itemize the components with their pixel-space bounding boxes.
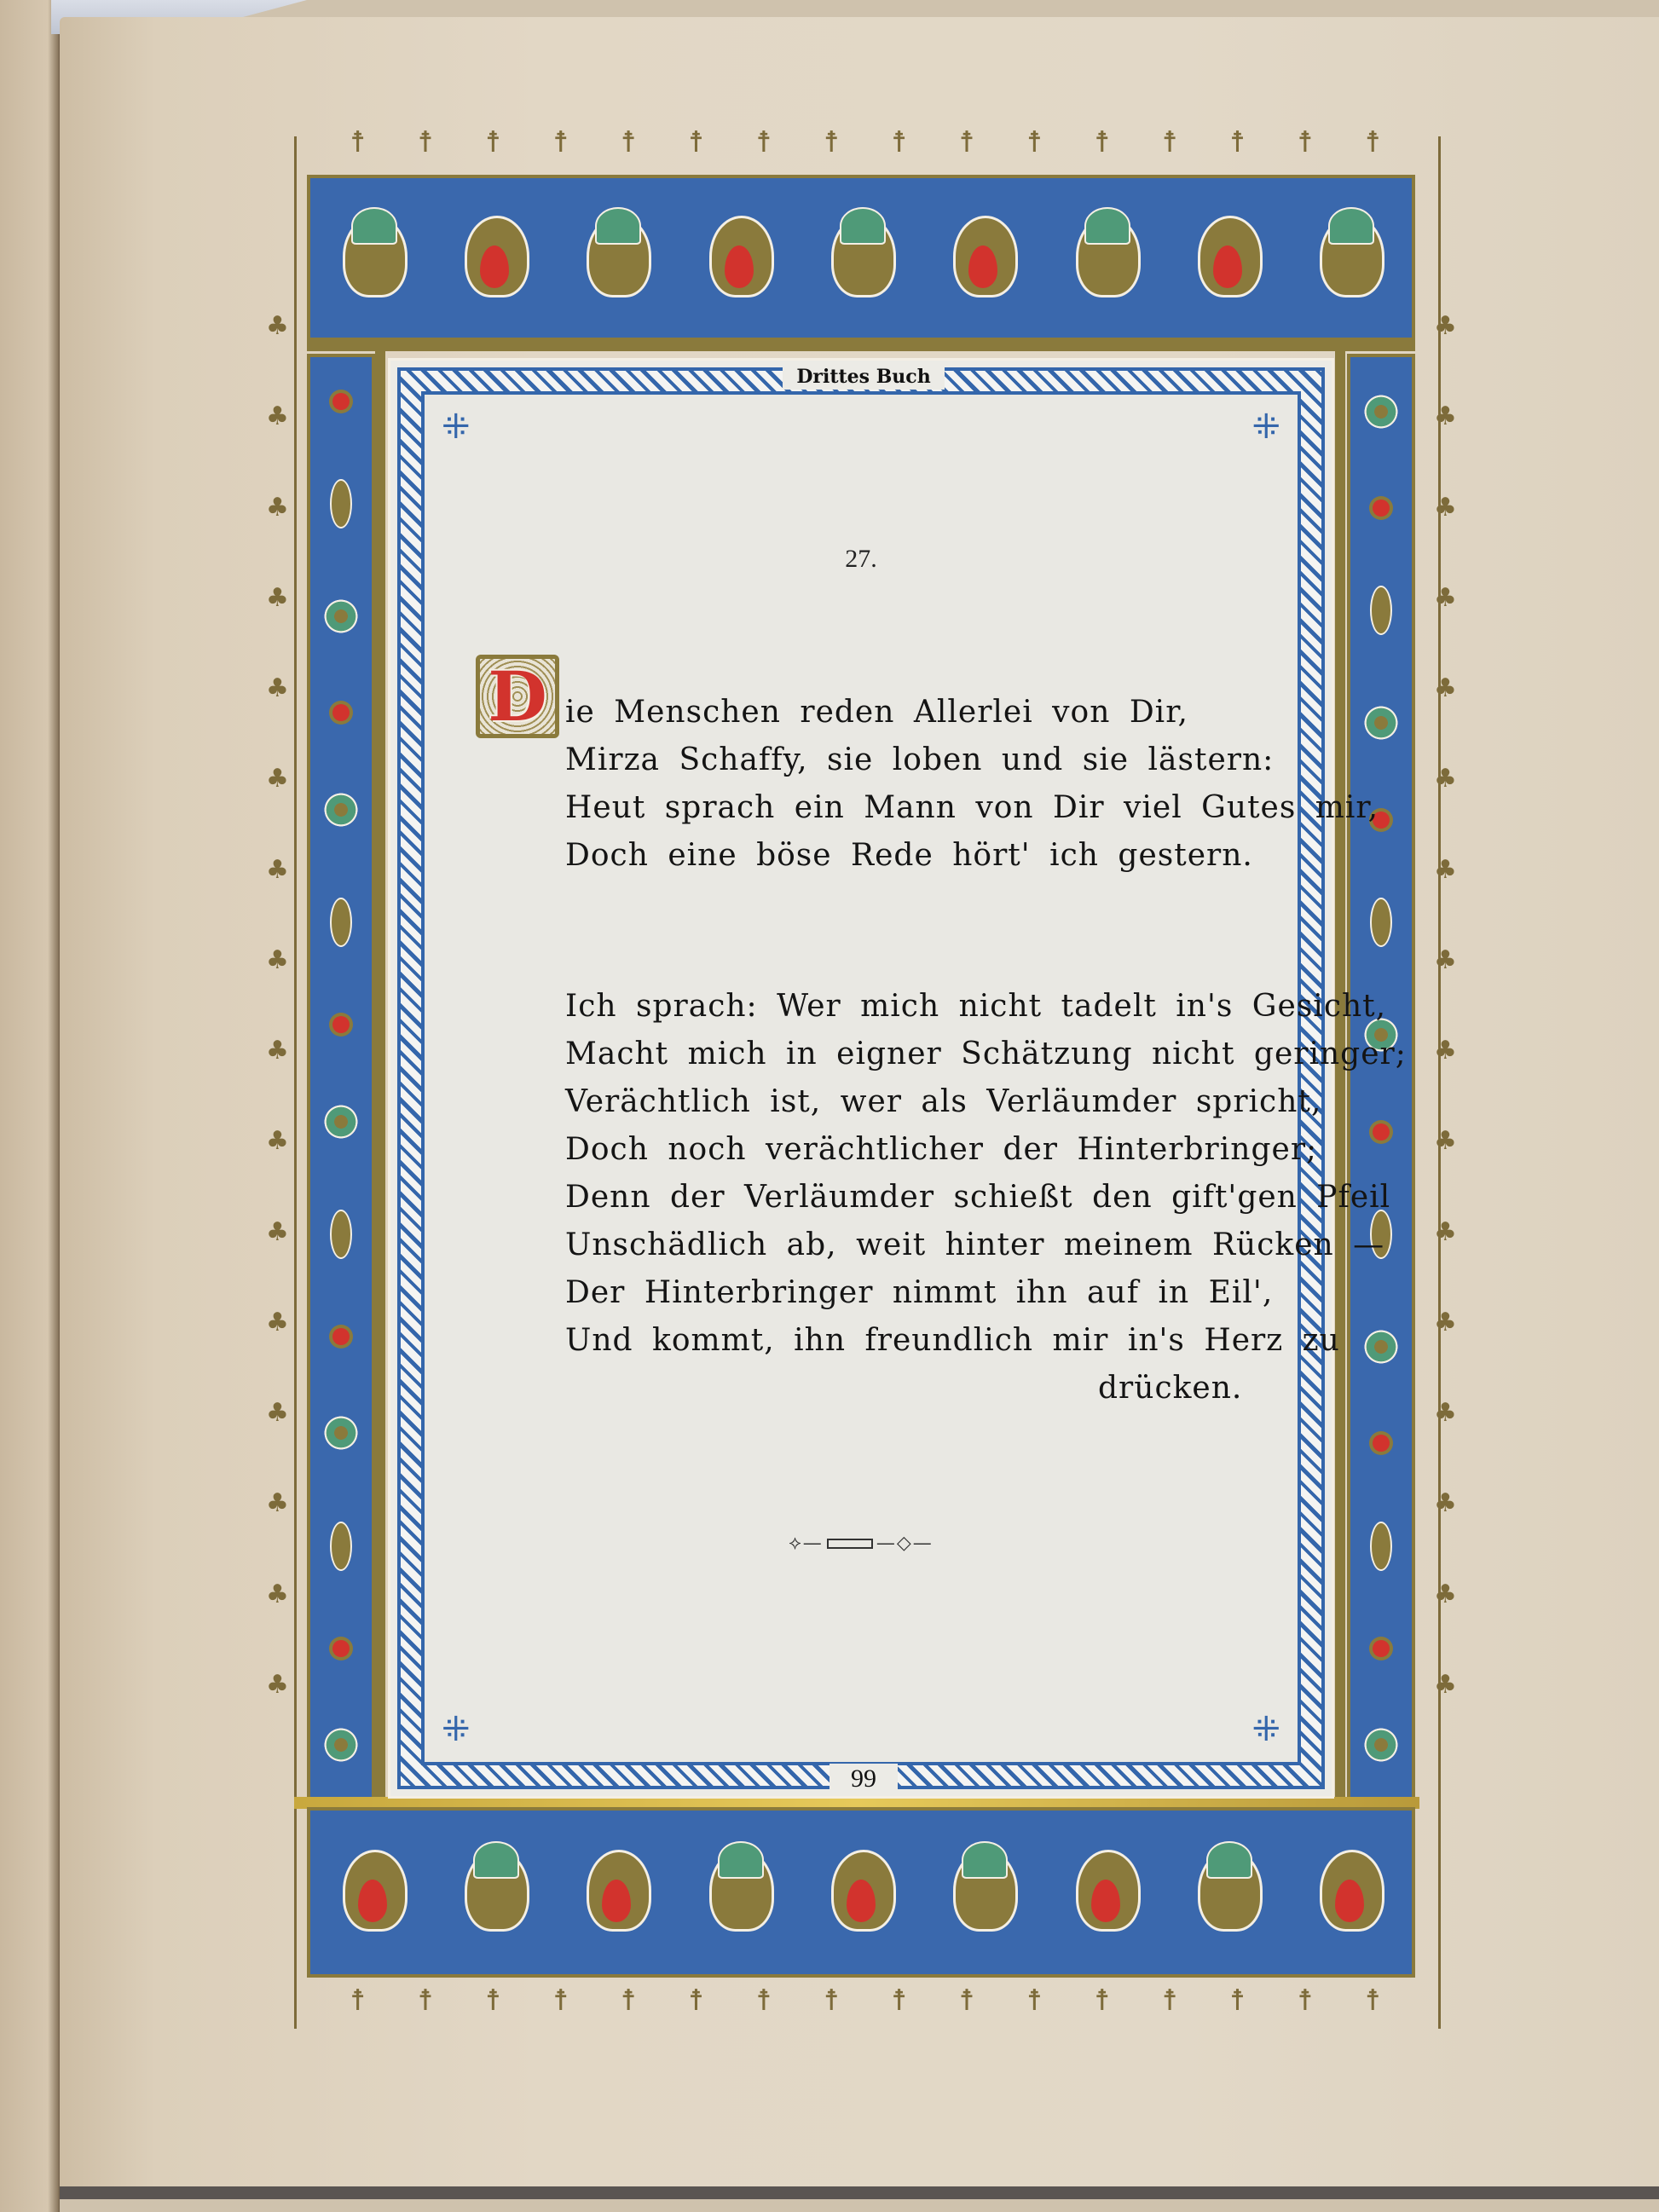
- arabesque-ornament: [692, 199, 786, 326]
- arabesque-ornament: [814, 1833, 908, 1961]
- flower: [322, 791, 360, 829]
- drop-cap-letter: D: [488, 662, 546, 731]
- flower: [322, 598, 360, 635]
- verse-line: Doch eine böse Rede hört' ich gestern.: [565, 832, 1379, 880]
- finial-icon: ☨: [1229, 1986, 1246, 2015]
- trefoil-icon: ♣: [1434, 1038, 1457, 1064]
- finial-icon: ☨: [553, 1986, 569, 2015]
- trefoil-icon: ♣: [266, 1491, 289, 1516]
- verse-line: Doch noch verächtlicher der Hinterbringe…: [565, 1126, 1407, 1174]
- arabesque-ornament: [814, 199, 908, 326]
- trefoil-icon: ♣: [1434, 1582, 1457, 1608]
- arabesque-ornament: [569, 199, 663, 326]
- arabesque-ornament: [1303, 1833, 1396, 1961]
- trefoil-icon: ♣: [1434, 1310, 1457, 1336]
- trefoil-icon: ♣: [266, 1582, 289, 1608]
- tail-bar: [827, 1539, 873, 1549]
- leaf: [1370, 1522, 1392, 1571]
- trefoil-icon: ♣: [1434, 314, 1457, 339]
- finial-icon: ☨: [350, 128, 366, 157]
- finial-icon: ☨: [891, 1986, 907, 2015]
- finial-icon: ☨: [485, 1986, 501, 2015]
- finial-icon: ☨: [756, 128, 772, 157]
- tail-left-icon: ⟡—: [789, 1533, 824, 1554]
- berry: [332, 393, 350, 410]
- leaf: [1370, 586, 1392, 635]
- trefoil-icon: ♣: [266, 1220, 289, 1245]
- leaf: [330, 1210, 352, 1259]
- trefoil-icon: ♣: [266, 495, 289, 521]
- finial-icon: ☨: [1162, 128, 1178, 157]
- trefoil-icon: ♣: [1434, 766, 1457, 792]
- verse-line: Mirza Schaffy, sie loben und sie lästern…: [565, 736, 1379, 784]
- arabesque-ornament: [1303, 199, 1396, 326]
- arabesque-ornament: [326, 199, 419, 326]
- verse-line: Macht mich in eigner Schätzung nicht ger…: [565, 1031, 1407, 1078]
- top-motifs: [311, 192, 1411, 332]
- illuminated-initial: D: [476, 655, 559, 738]
- trefoil-icon: ♣: [1434, 586, 1457, 611]
- flower: [1362, 1726, 1400, 1764]
- trefoil-icon: ♣: [266, 586, 289, 611]
- trefoil-icon: ♣: [266, 1672, 289, 1698]
- arabesque-ornament: [1059, 199, 1153, 326]
- trefoil-icon: ♣: [266, 676, 289, 702]
- trefoil-icon: ♣: [266, 1401, 289, 1426]
- facing-page-edge: [0, 0, 60, 2212]
- trefoil-icon: ♣: [1434, 1129, 1457, 1154]
- page-number: 99: [829, 1764, 898, 1794]
- verse-line: Der Hinterbringer nimmt ihn auf in Eil',: [565, 1269, 1407, 1317]
- trefoil-icon: ♣: [1434, 404, 1457, 430]
- flower: [1362, 393, 1400, 430]
- trefoil-icon: ♣: [266, 314, 289, 339]
- arabesque-ornament: [936, 199, 1030, 326]
- finial-icon: ☨: [485, 128, 501, 157]
- berry: [332, 1016, 350, 1033]
- corner-ornament-icon: ⁜: [1251, 1712, 1280, 1747]
- berry: [1373, 500, 1390, 517]
- trefoil-icon: ♣: [1434, 1220, 1457, 1245]
- trefoil-icon: ♣: [1434, 1401, 1457, 1426]
- trefoil-icon: ♣: [1434, 495, 1457, 521]
- top-finials: ☨ ☨ ☨ ☨ ☨ ☨ ☨ ☨ ☨ ☨ ☨ ☨ ☨ ☨ ☨ ☨: [324, 128, 1407, 157]
- finial-icon: ☨: [1229, 128, 1246, 157]
- finial-icon: ☨: [959, 1986, 975, 2015]
- finial-icon: ☨: [1095, 1986, 1111, 2015]
- arabesque-ornament: [569, 1833, 663, 1961]
- leaf: [1370, 898, 1392, 947]
- text-panel: ⁜ ⁜ ⁜ ⁜ 27. D ie Menschen reden Allerlei…: [388, 358, 1334, 1799]
- trefoil-icon: ♣: [266, 1129, 289, 1154]
- finial-icon: ☨: [824, 128, 840, 157]
- finial-icon: ☨: [621, 128, 637, 157]
- table-surface: [60, 2186, 1659, 2199]
- arabesque-ornament: [1181, 199, 1275, 326]
- bottom-motifs: [311, 1824, 1411, 1969]
- finial-icon: ☨: [1365, 1986, 1381, 2015]
- leaf: [330, 898, 352, 947]
- arabesque-ornament: [448, 199, 541, 326]
- right-trefoils: ♣ ♣ ♣ ♣ ♣ ♣ ♣ ♣ ♣ ♣ ♣ ♣ ♣ ♣ ♣ ♣: [1434, 281, 1457, 1730]
- stanza-1: ie Menschen reden Allerlei von Dir, Mirz…: [565, 689, 1379, 880]
- verse-line: Unschädlich ab, weit hinter meinem Rücke…: [565, 1222, 1407, 1269]
- berry: [1373, 1435, 1390, 1452]
- finial-icon: ☨: [688, 128, 704, 157]
- flower: [322, 1103, 360, 1141]
- finial-icon: ☨: [553, 128, 569, 157]
- trefoil-icon: ♣: [266, 404, 289, 430]
- tail-right-icon: —◇—: [876, 1533, 934, 1554]
- corner-ornament-icon: ⁜: [1251, 410, 1280, 444]
- poem-number: 27.: [425, 545, 1298, 574]
- trefoil-icon: ♣: [1434, 676, 1457, 702]
- arabesque-ornament: [1059, 1833, 1153, 1961]
- trefoil-icon: ♣: [266, 766, 289, 792]
- running-head: Drittes Buch: [783, 364, 945, 390]
- trefoil-icon: ♣: [1434, 858, 1457, 883]
- stanza-2: Ich sprach: Wer mich nicht tadelt in's G…: [565, 983, 1407, 1412]
- finial-icon: ☨: [891, 128, 907, 157]
- berry: [332, 1328, 350, 1345]
- leaf: [330, 479, 352, 528]
- trefoil-icon: ♣: [1434, 1491, 1457, 1516]
- left-gold-rule: [375, 351, 385, 1807]
- finial-icon: ☨: [350, 1986, 366, 2015]
- left-vines: [311, 358, 371, 1799]
- corner-ornament-icon: ⁜: [442, 1712, 471, 1747]
- trefoil-icon: ♣: [1434, 948, 1457, 973]
- finial-icon: ☨: [688, 1986, 704, 2015]
- trefoil-icon: ♣: [266, 1310, 289, 1336]
- arabesque-ornament: [326, 1833, 419, 1961]
- arabesque-ornament: [1181, 1833, 1275, 1961]
- verse-line: Ich sprach: Wer mich nicht tadelt in's G…: [565, 983, 1407, 1031]
- finial-icon: ☨: [1162, 1986, 1178, 2015]
- finial-icon: ☨: [824, 1986, 840, 2015]
- trefoil-icon: ♣: [1434, 1672, 1457, 1698]
- arabesque-ornament: [692, 1833, 786, 1961]
- left-trefoils: ♣ ♣ ♣ ♣ ♣ ♣ ♣ ♣ ♣ ♣ ♣ ♣ ♣ ♣ ♣ ♣: [266, 281, 289, 1730]
- text-field: ⁜ ⁜ ⁜ ⁜ 27. D ie Menschen reden Allerlei…: [425, 395, 1298, 1762]
- finial-icon: ☨: [959, 128, 975, 157]
- arabesque-ornament: [448, 1833, 541, 1961]
- top-gold-rule: [307, 341, 1415, 351]
- flower: [322, 1414, 360, 1452]
- flower: [322, 1726, 360, 1764]
- verse-line: Und kommt, ihn freundlich mir in's Herz …: [565, 1317, 1407, 1365]
- verse-line: ie Menschen reden Allerlei von Dir,: [565, 689, 1379, 736]
- verse-line: Verächtlich ist, wer als Verläumder spri…: [565, 1078, 1407, 1126]
- berry: [332, 1640, 350, 1657]
- verse-line: Denn der Verläumder schießt den gift'gen…: [565, 1174, 1407, 1222]
- finial-icon: ☨: [1026, 1986, 1043, 2015]
- verse-line-runover: drücken.: [565, 1365, 1407, 1412]
- trefoil-icon: ♣: [266, 1038, 289, 1064]
- finial-icon: ☨: [756, 1986, 772, 2015]
- finial-icon: ☨: [1365, 128, 1381, 157]
- berry: [1373, 1640, 1390, 1657]
- tailpiece-ornament: ⟡——◇—: [425, 1533, 1298, 1554]
- trefoil-icon: ♣: [266, 948, 289, 973]
- corner-ornament-icon: ⁜: [442, 410, 471, 444]
- arabesque-ornament: [936, 1833, 1030, 1961]
- verse-line: Heut sprach ein Mann von Dir viel Gutes …: [565, 784, 1379, 832]
- finial-icon: ☨: [1095, 128, 1111, 157]
- bottom-finials: ☨ ☨ ☨ ☨ ☨ ☨ ☨ ☨ ☨ ☨ ☨ ☨ ☨ ☨ ☨ ☨: [324, 1986, 1407, 2015]
- finial-icon: ☨: [418, 128, 434, 157]
- berry: [332, 704, 350, 721]
- trefoil-icon: ♣: [266, 858, 289, 883]
- finial-icon: ☨: [1298, 1986, 1314, 2015]
- leaf: [330, 1522, 352, 1571]
- finial-icon: ☨: [1026, 128, 1043, 157]
- finial-icon: ☨: [621, 1986, 637, 2015]
- finial-icon: ☨: [418, 1986, 434, 2015]
- finial-icon: ☨: [1298, 128, 1314, 157]
